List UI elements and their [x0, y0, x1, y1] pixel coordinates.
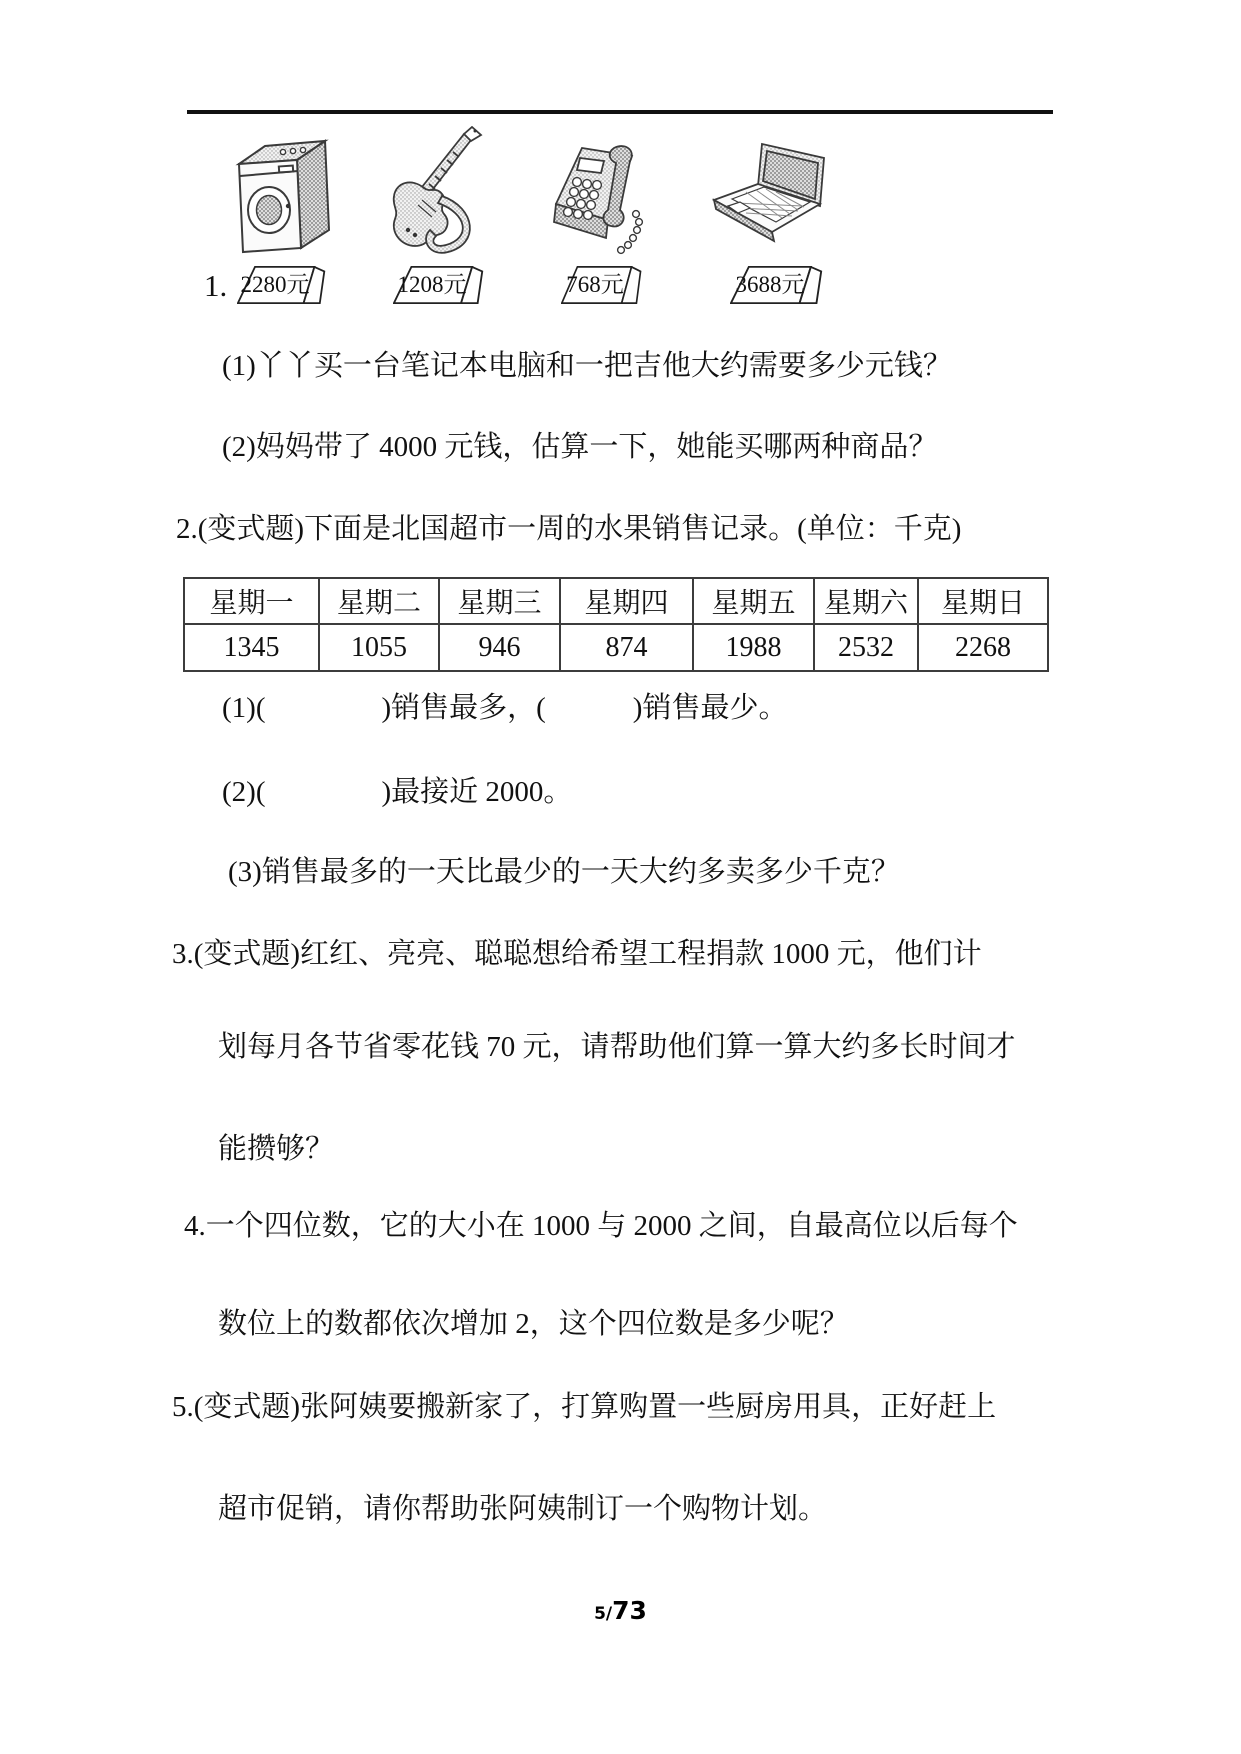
day-header: 星期六	[814, 578, 918, 624]
question-2-heading: 2.(变式题)下面是北国超市一周的水果销售记录。(单位：千克)	[176, 513, 961, 545]
question-2-part-3: (3)销售最多的一天比最少的一天大约多卖多少千克？	[228, 856, 900, 888]
top-rule	[187, 110, 1053, 114]
day-header: 星期一	[184, 578, 319, 624]
day-header: 星期三	[439, 578, 560, 624]
sales-value: 1345	[184, 624, 319, 671]
sales-value: 2268	[918, 624, 1048, 671]
question-1-part-1: (1)丫丫买一台笔记本电脑和一把吉他大约需要多少元钱？	[222, 350, 952, 382]
price-tag: 1208元	[393, 266, 485, 304]
sales-table: 星期一 星期二 星期三 星期四 星期五 星期六 星期日 1345 1055 94…	[183, 577, 1049, 672]
question-5-line-2: 超市促销，请你帮助张阿姨制订一个购物计划。	[218, 1493, 827, 1525]
question-4-line-1: 4.一个四位数，它的大小在 1000 与 2000 之间，自最高位以后每个	[184, 1210, 1018, 1242]
sales-table-header-row: 星期一 星期二 星期三 星期四 星期五 星期六 星期日	[184, 578, 1048, 624]
worksheet-page: 1. 2280元 1208元 768元 3688元 (1)丫丫买一台笔记本电脑和…	[0, 0, 1241, 1754]
sales-value: 946	[439, 624, 560, 671]
day-header: 星期五	[693, 578, 814, 624]
price-tag: 3688元	[730, 266, 824, 304]
question-2-part-1: (1)( )销售最多，( )销售最少。	[222, 692, 787, 724]
sales-value: 1988	[693, 624, 814, 671]
price-label: 768元	[561, 266, 643, 304]
day-header: 星期四	[560, 578, 693, 624]
question-3-line-2: 划每月各节省零花钱 70 元，请帮助他们算一算大约多长时间才	[218, 1031, 1016, 1063]
question-1-number: 1.	[204, 268, 227, 304]
question-5-line-1: 5.(变式题)张阿姨要搬新家了，打算购置一些厨房用具，正好赶上	[172, 1391, 996, 1423]
question-2-part-2: (2)( )最接近 2000。	[222, 776, 572, 808]
question-3-line-3: 能攒够？	[218, 1133, 334, 1165]
washing-machine-image	[225, 136, 333, 254]
price-label: 3688元	[730, 266, 824, 304]
price-label: 1208元	[393, 266, 485, 304]
question-4-line-2: 数位上的数都依次增加 2，这个四位数是多少呢？	[218, 1308, 849, 1340]
telephone-image	[546, 130, 654, 258]
sales-value: 1055	[319, 624, 439, 671]
price-tag: 768元	[561, 266, 643, 304]
question-3-line-1: 3.(变式题)红红、亮亮、聪聪想给希望工程捐款 1000 元，他们计	[172, 938, 982, 970]
price-label: 2280元	[237, 266, 327, 304]
page-current: 5/	[594, 1604, 612, 1624]
page-number: 5/73	[0, 1596, 1241, 1625]
sales-value: 874	[560, 624, 693, 671]
sales-table-value-row: 1345 1055 946 874 1988 2532 2268	[184, 624, 1048, 671]
page-total: 73	[612, 1596, 647, 1625]
guitar-image	[384, 126, 488, 258]
day-header: 星期二	[319, 578, 439, 624]
question-1-part-2: (2)妈妈带了 4000 元钱，估算一下，她能买哪两种商品？	[222, 431, 937, 463]
laptop-image	[706, 140, 836, 256]
price-tag: 2280元	[237, 266, 327, 304]
day-header: 星期日	[918, 578, 1048, 624]
sales-value: 2532	[814, 624, 918, 671]
